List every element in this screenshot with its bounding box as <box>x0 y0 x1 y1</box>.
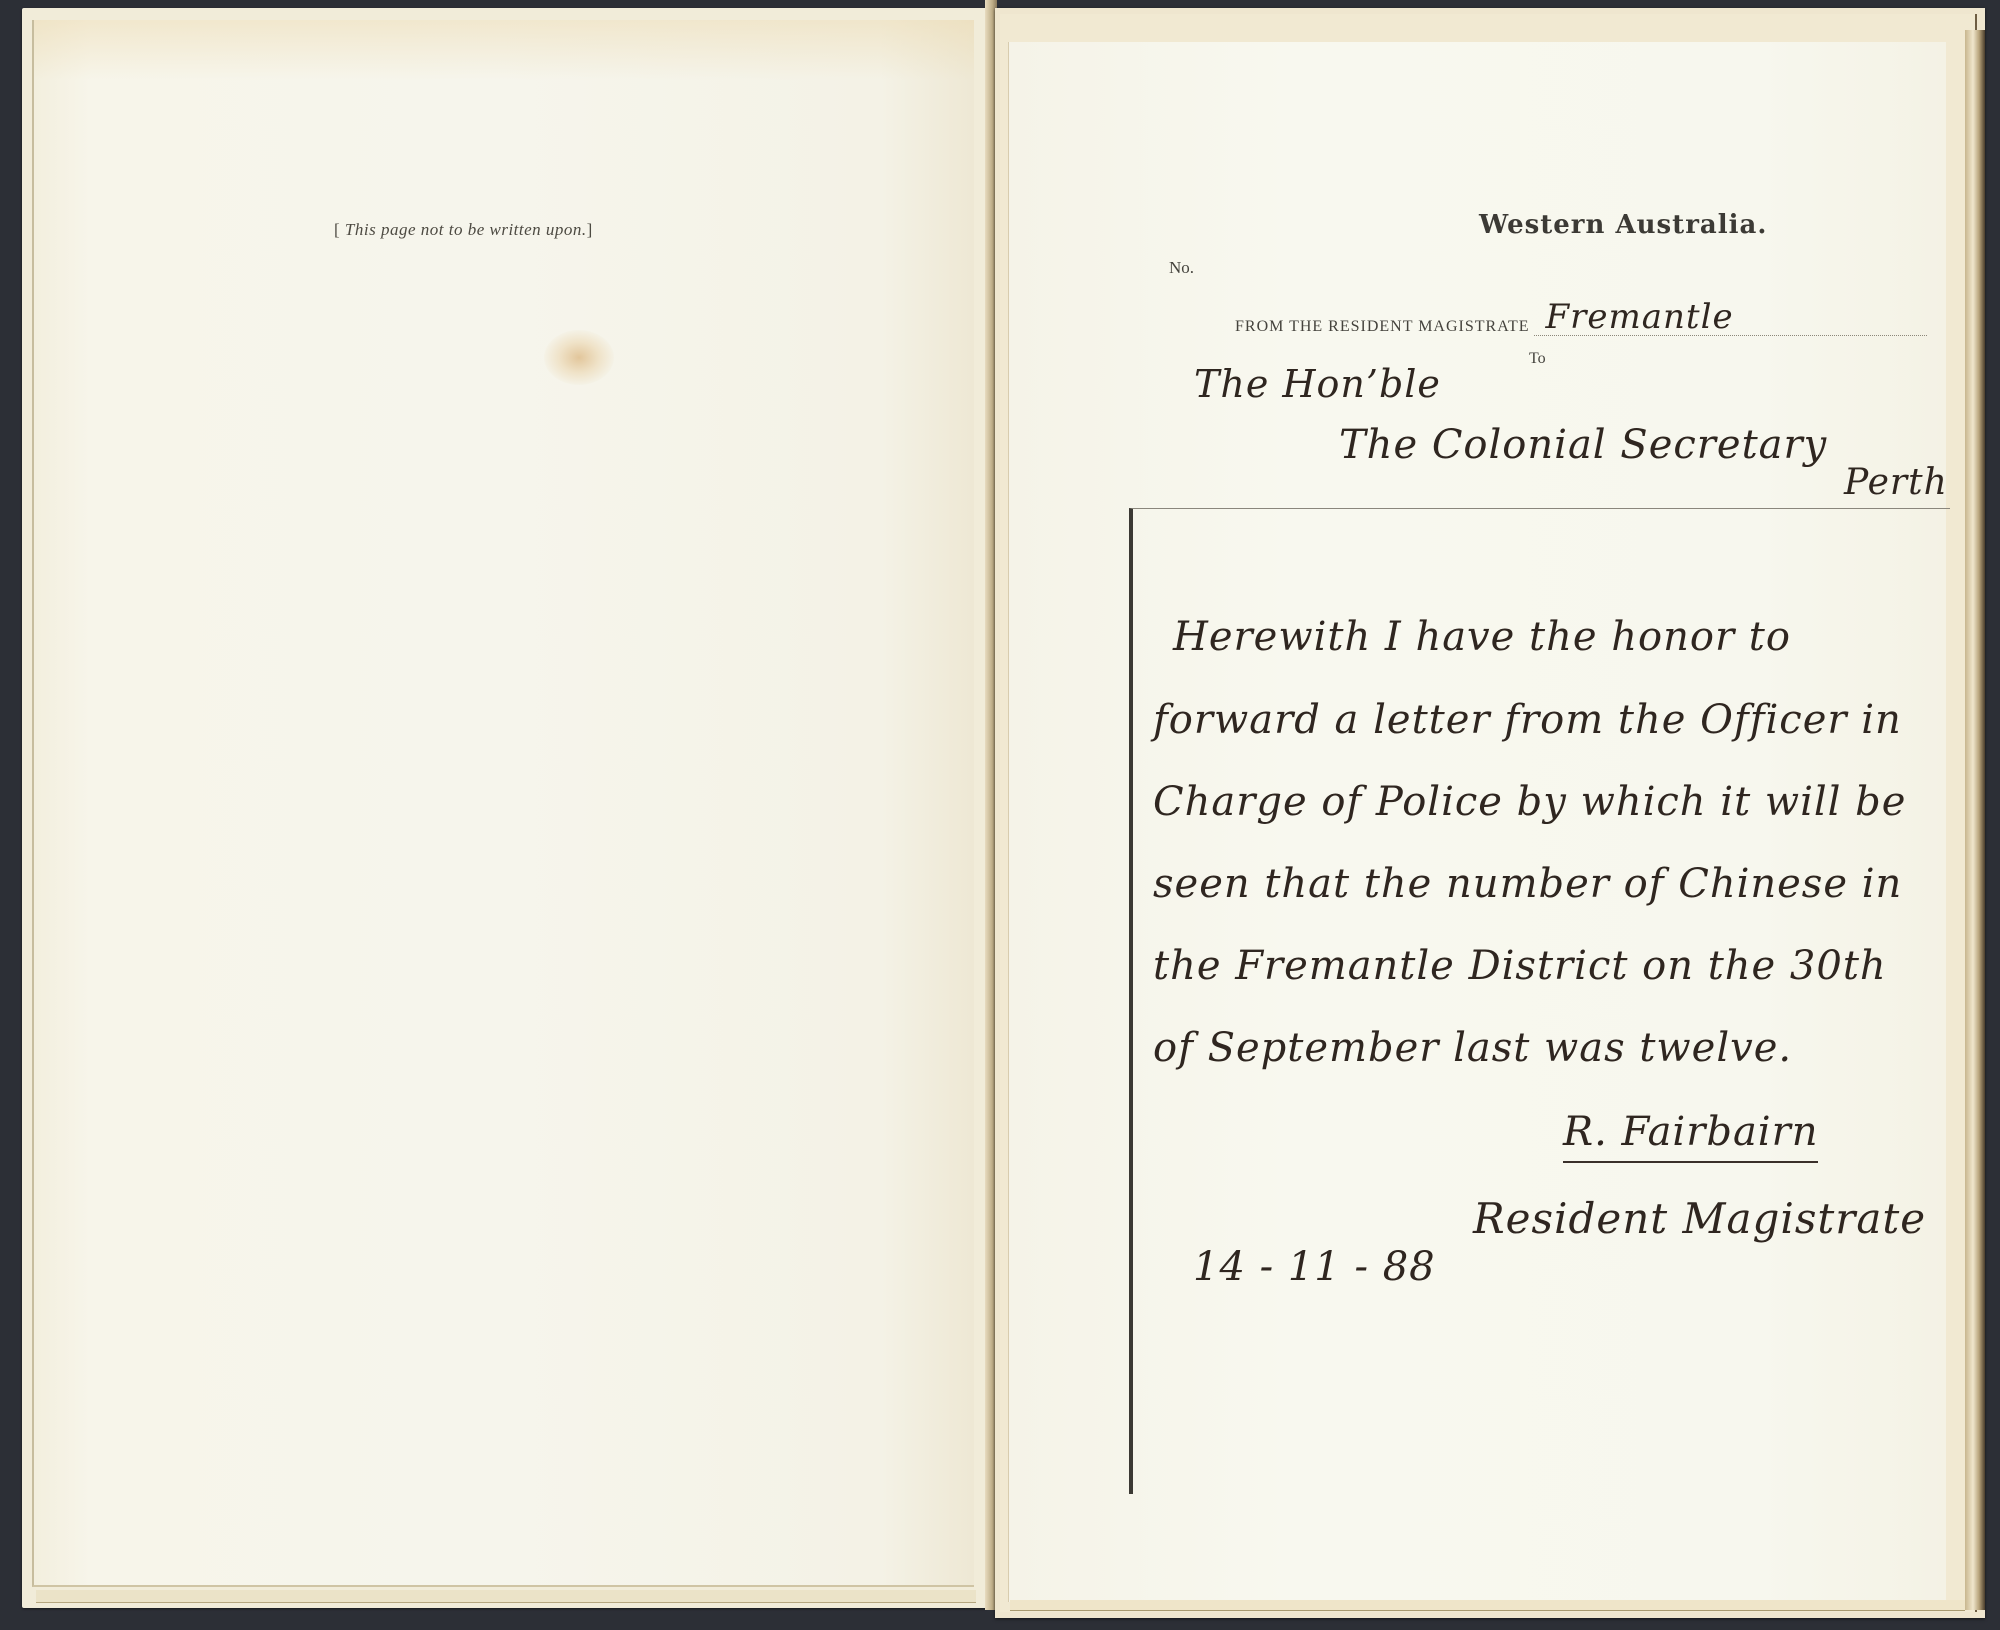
right-page-bottom-edge <box>1010 1600 1965 1611</box>
form-header-title: Western Australia. <box>1479 210 1767 240</box>
letter-body-box: Herewith I have the honor to forward a l… <box>1129 508 1950 1494</box>
signature: R. Fairbairn <box>1563 1109 1818 1163</box>
left-page-bottom-edge <box>36 1590 976 1603</box>
form-number-label: No. <box>1169 258 1194 278</box>
body-line: of September last was twelve. <box>1153 1025 1792 1071</box>
addressee-line-1: The Hon’ble <box>1194 362 1441 406</box>
from-row: FROM THE RESIDENT MAGISTRATE Fremantle <box>1235 296 1927 336</box>
notice-label: This page not to be written upon. <box>345 220 587 239</box>
right-page: Western Australia. No. FROM THE RESIDENT… <box>1008 42 1946 1602</box>
letter-date: 14 - 11 - 88 <box>1193 1244 1436 1290</box>
paper-discoloration <box>34 20 974 80</box>
body-line: forward a letter from the Officer in <box>1153 697 1902 743</box>
from-value-handwritten: Fremantle <box>1546 297 1734 337</box>
to-label: To <box>1529 350 1546 368</box>
body-line: the Fremantle District on the 30th <box>1153 943 1887 989</box>
notice-text: [ This page not to be written upon.] <box>334 220 593 240</box>
addressee-line-2: The Colonial Secretary <box>1339 422 1827 468</box>
body-line: Herewith I have the honor to <box>1173 614 1791 660</box>
signature-title: Resident Magistrate <box>1473 1194 1926 1243</box>
body-line: seen that the number of Chinese in <box>1153 861 1902 907</box>
from-label: FROM THE RESIDENT MAGISTRATE <box>1235 318 1530 336</box>
addressee-line-3: Perth <box>1844 462 1948 503</box>
from-fill-line: Fremantle <box>1534 305 1927 336</box>
body-line: Charge of Police by which it will be <box>1153 779 1906 825</box>
foxing-stain <box>544 330 614 385</box>
left-page: [ This page not to be written upon.] <box>32 20 974 1587</box>
page-stack-edge <box>1965 30 1985 1610</box>
